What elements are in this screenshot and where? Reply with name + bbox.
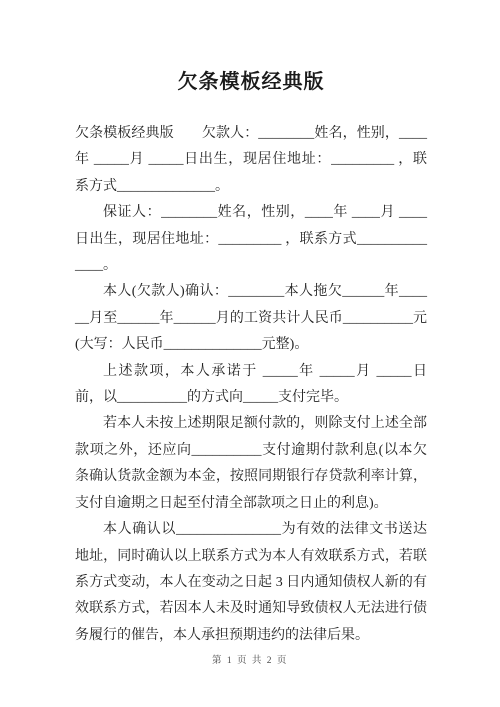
paragraph-debtor-info: 欠条模板经典版 欠款人：________姓名，性别，____年 _____月 _… [75,121,427,200]
document-title: 欠条模板经典版 [75,68,427,96]
document-page: 欠条模板经典版 欠条模板经典版 欠款人：________姓名，性别，____年 … [0,0,500,707]
paragraph-overdue-interest: 若本人未按上述期限足额付款的，则除支付上述全部款项之外，还应向_________… [75,411,427,517]
paragraph-legal-address: 本人确认以_______________为有效的法律文书送达地址，同时确认以上联… [75,517,427,649]
paragraph-guarantor-info: 保证人：________姓名，性别，____年 ____月 ____日出生，现居… [75,200,427,279]
paragraph-debt-confirmation: 本人(欠款人)确认：________本人拖欠______年______月至___… [75,279,427,358]
paragraph-payment-promise: 上述款项，本人承诺于 _____年 _____月 _____日前，以______… [75,359,427,412]
page-number: 第 1 页 共 2 页 [0,652,500,666]
document-body: 欠条模板经典版 欠款人：________姓名，性别，____年 _____月 _… [75,121,427,649]
